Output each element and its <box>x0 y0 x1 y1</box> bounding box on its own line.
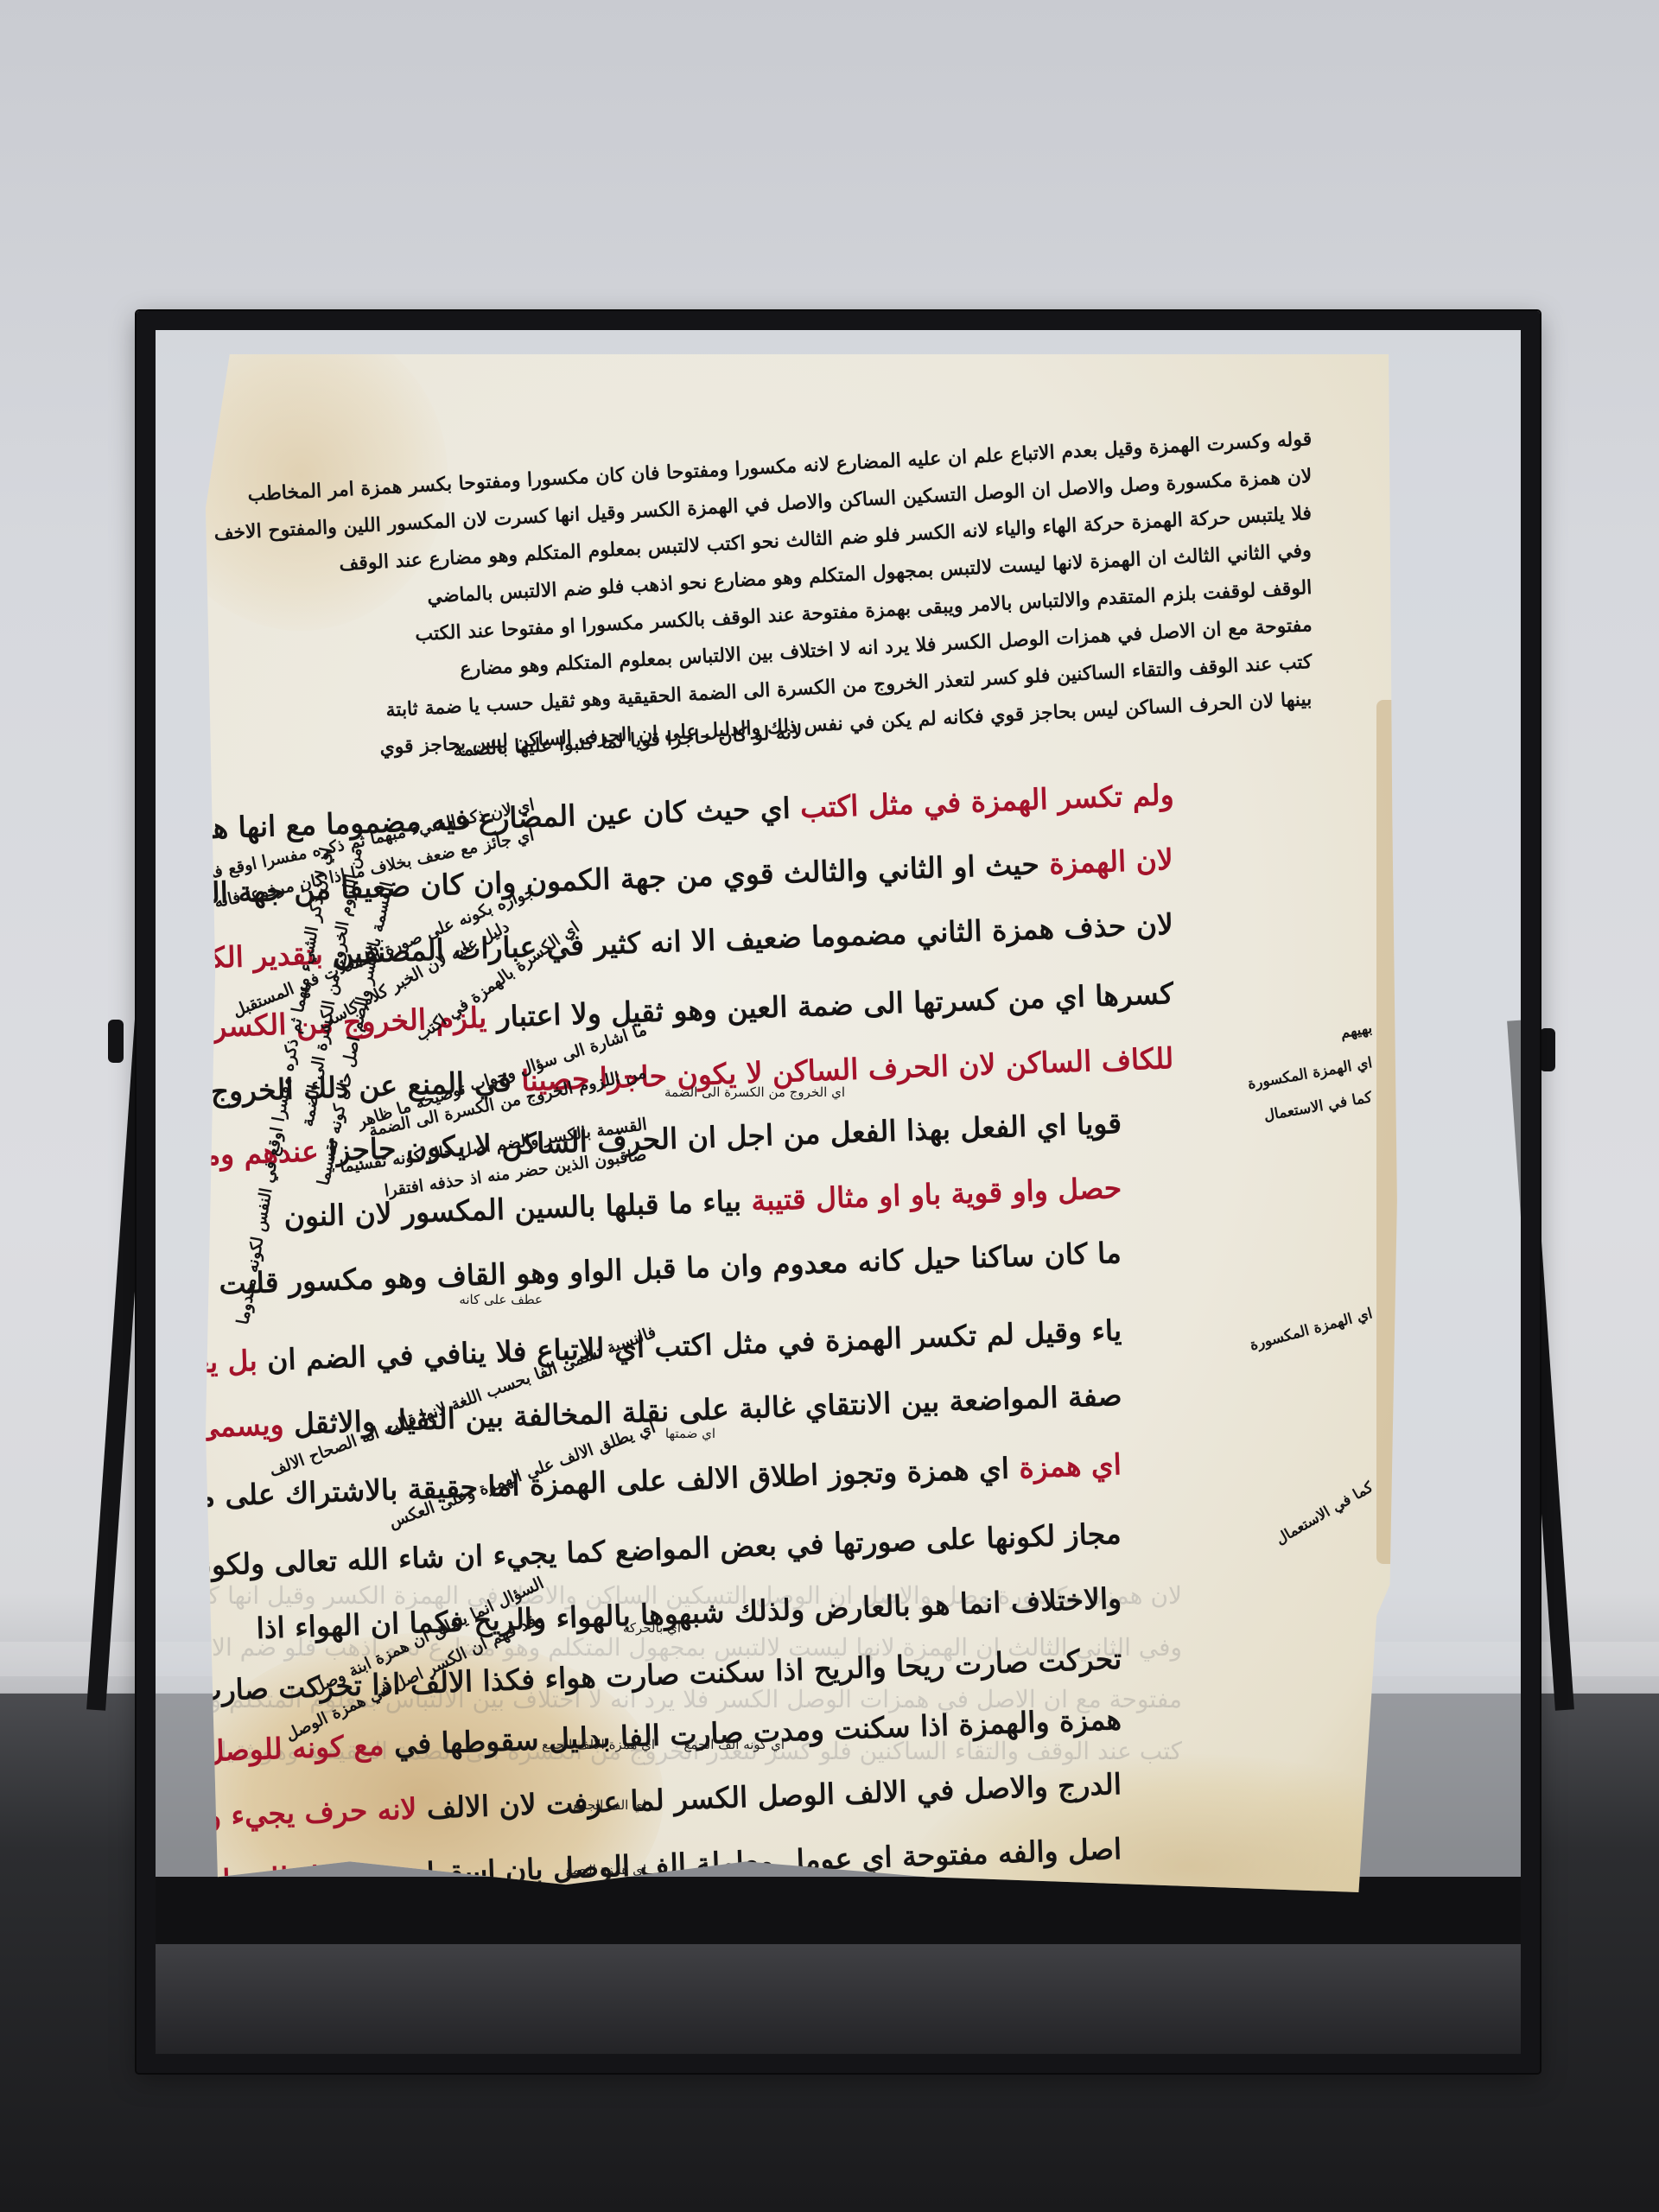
interlinear-gloss: عطف على كانه <box>459 1292 543 1307</box>
easel-knob-right <box>1540 1028 1555 1071</box>
main-text-line: مجاز لكونها على صورتها في بعض المواضع كم… <box>22 1516 1122 1588</box>
main-text-line: ما كان ساكنا حيل كانه معدوم وان ما قبل ا… <box>156 1236 1122 1303</box>
main-text-line: اي همزة اي همزة وتجوز اطلاق الالف على ال… <box>81 1447 1122 1517</box>
text: ياء وقيل لم تكسر الهمزة في مثل اكتب اي ل… <box>266 1313 1122 1377</box>
edge-stain <box>1376 700 1411 1564</box>
glass-reflection <box>156 1933 1521 2054</box>
interlinear-gloss: اي بالحركة <box>623 1620 681 1636</box>
rubric: حصل واو قوية باو او مثال قتيبة <box>751 1171 1122 1217</box>
rubric: ولم تكسر الهمزة في مثل اكتب <box>799 778 1174 824</box>
main-text-line: ولم تكسر الهمزة في مثل اكتب اي حيث كان ع… <box>96 778 1174 849</box>
text: ما كان ساكنا حيل كانه معدوم وان ما قبل ا… <box>156 1236 1122 1303</box>
easel-knob-left <box>108 1020 124 1063</box>
right-margin-note: اي الهمزة المكسورة <box>1247 1054 1374 1093</box>
right-margin-note: بهيهم <box>1339 1020 1374 1042</box>
rubric: اي همزة <box>1019 1447 1122 1484</box>
interlinear-gloss: اي الف الجمع <box>573 1797 646 1813</box>
picture-frame: لان همزة مكسورة وصل والاصل ان الوصل التس… <box>137 311 1540 2073</box>
right-margin-note: اي الهمزة المكسورة <box>1248 1305 1374 1354</box>
text: بياء ما قبلها بالسين المكسور لان النون <box>283 1184 742 1233</box>
text: كسرها اي من كسرتها الى ضمة العين وهو ثقي… <box>496 976 1174 1033</box>
rubric: عندهم ومنه <box>181 1134 319 1173</box>
interlinear-gloss: اي كونه الف الجمع <box>683 1737 785 1752</box>
manuscript-page: لان همزة مكسورة وصل والاصل ان الوصل التس… <box>206 354 1407 1892</box>
rubric: ويسمى الالف <box>124 1408 284 1446</box>
text: مجاز لكونها على صورتها في بعض المواضع كم… <box>22 1516 1122 1588</box>
right-margin-note: كما في الاستعمال <box>1273 1478 1376 1548</box>
interlinear-gloss: اي ضمتها <box>665 1426 715 1441</box>
interlinear-gloss: اي همزة الجمع <box>566 1862 646 1878</box>
rubric: لان الهمزة <box>1049 842 1174 880</box>
interlinear-gloss: اي الخروج من الكسرة الى الضمة <box>664 1084 845 1100</box>
interlinear-gloss: اي همزة الالف الجمع <box>542 1737 655 1752</box>
right-margin-note: كما في الاستعمال <box>1263 1089 1374 1125</box>
